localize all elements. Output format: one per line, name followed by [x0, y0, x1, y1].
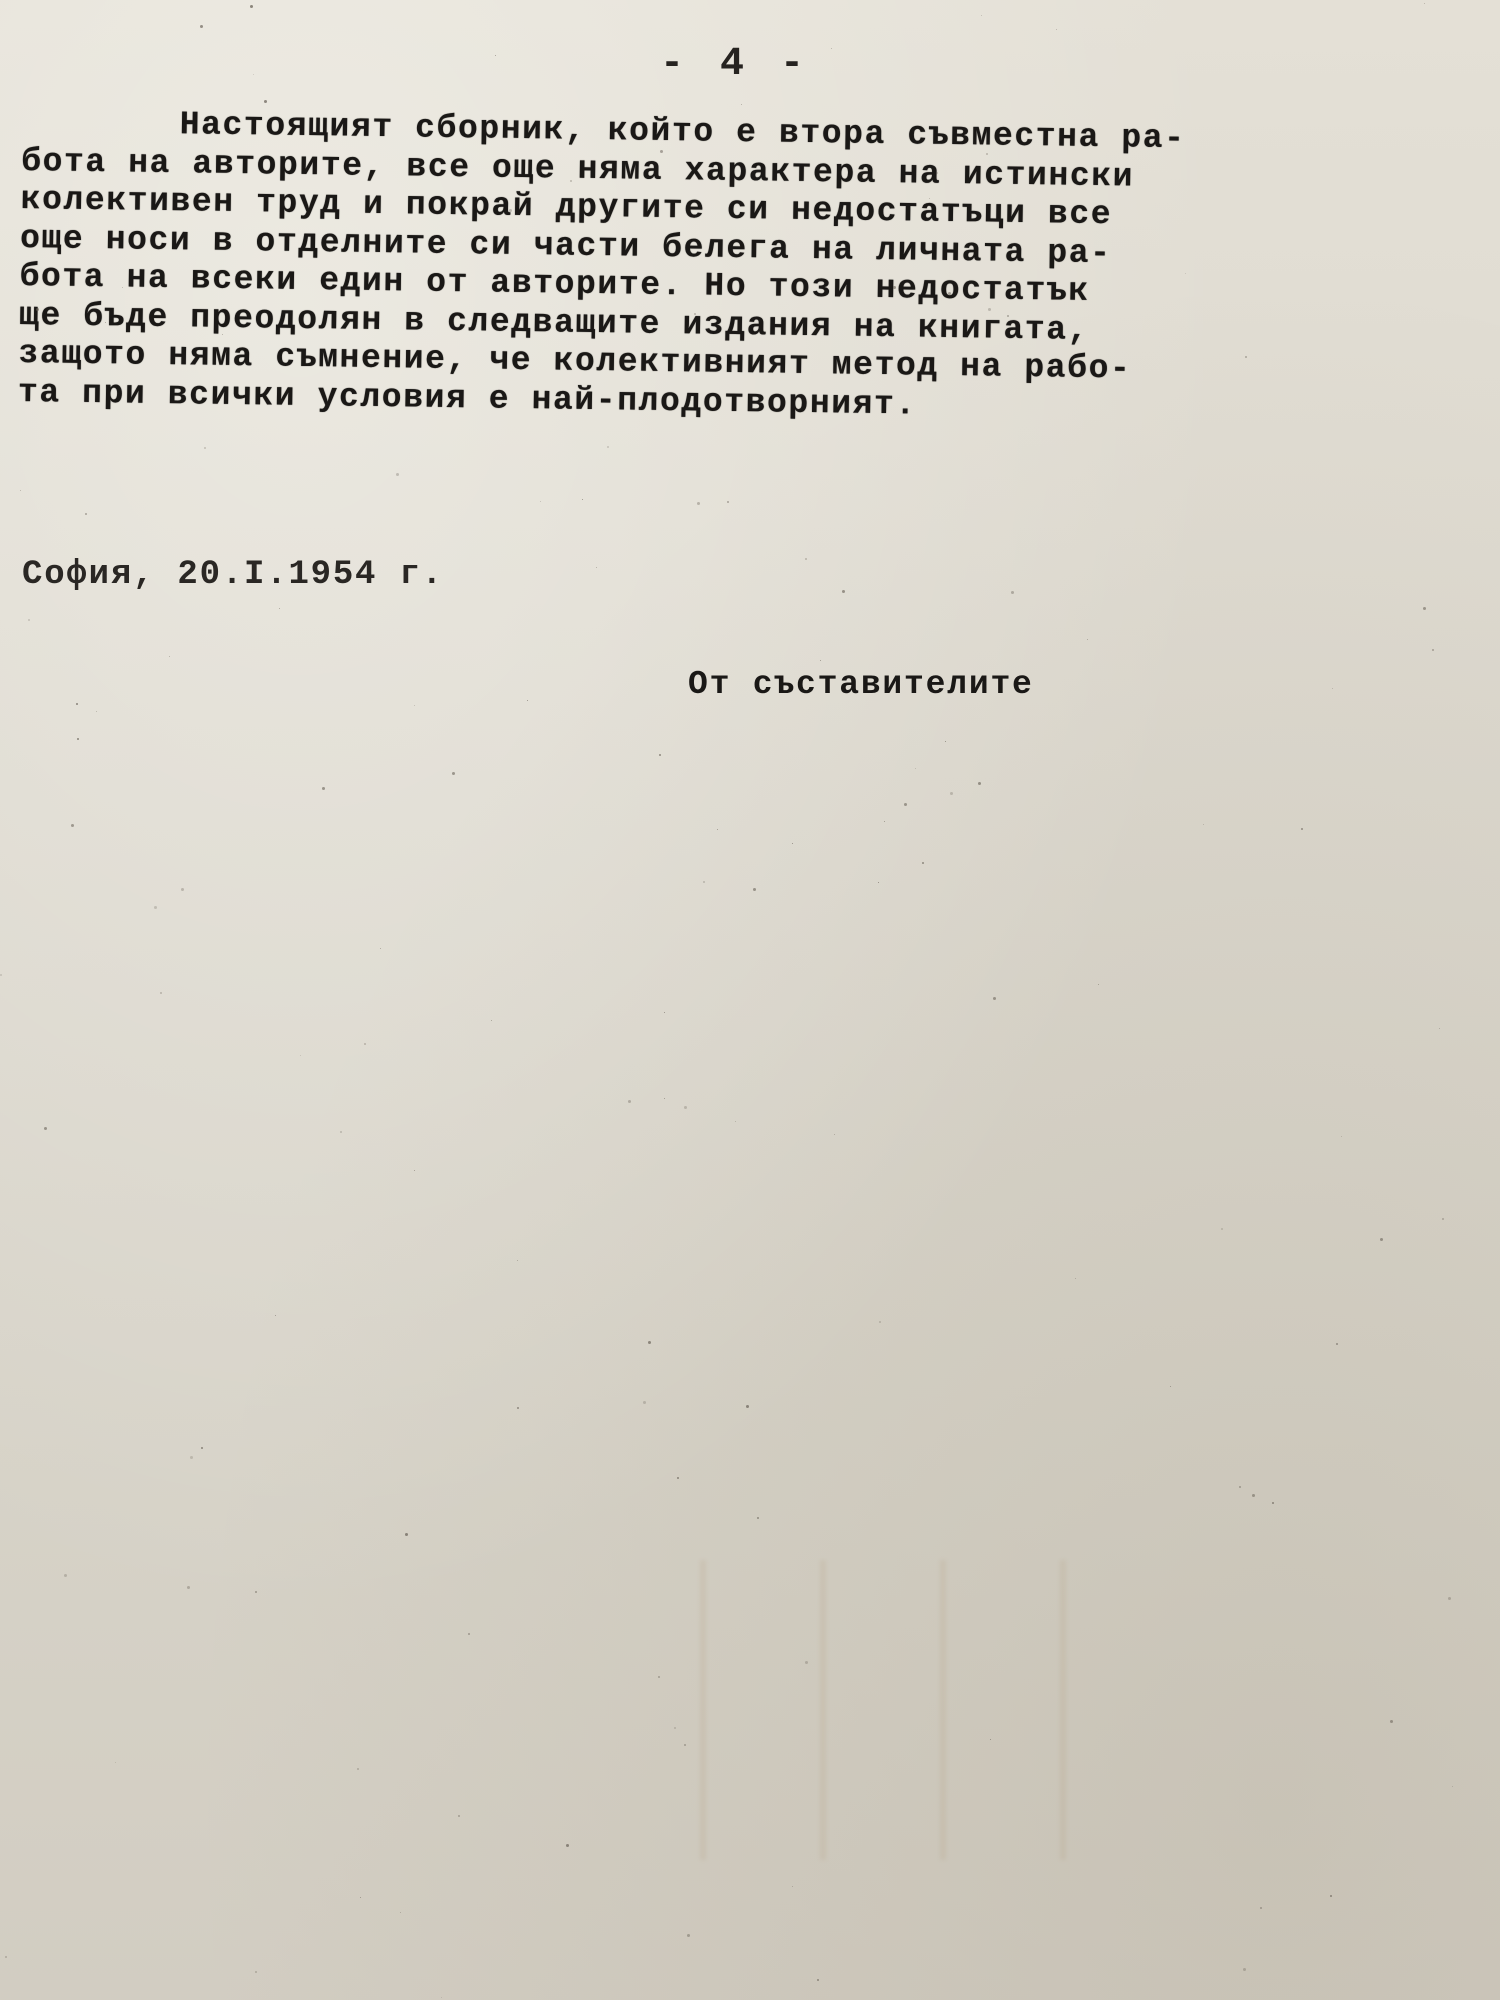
paper-speck: [687, 1934, 690, 1937]
paper-speck: [509, 209, 512, 212]
paper-speck: [1330, 1895, 1332, 1897]
paper-speck: [458, 1815, 460, 1817]
paper-speck: [757, 1517, 759, 1519]
paper-speck: [28, 619, 30, 621]
paper-speck: [396, 473, 399, 476]
paper-speck: [1239, 1486, 1241, 1488]
paper-speck: [1380, 1238, 1383, 1241]
paper-speck: [643, 1401, 646, 1404]
paper-speck: [1452, 1786, 1453, 1787]
paper-speck: [400, 1912, 401, 1913]
paper-speck: [1098, 984, 1099, 985]
paper-speck: [1439, 1028, 1440, 1029]
paper-speck: [357, 1768, 359, 1770]
paper-speck: [527, 700, 528, 701]
paper-speck: [792, 1886, 793, 1887]
paper-speck: [648, 1341, 651, 1344]
paper-speck: [540, 501, 541, 502]
paper-speck: [517, 1407, 519, 1409]
paper-speck: [1390, 1720, 1393, 1723]
paper-speck: [1341, 1136, 1342, 1137]
paper-speck: [1336, 1343, 1338, 1345]
paper-speck: [340, 1131, 342, 1133]
paper-speck: [677, 1477, 679, 1479]
paper-speck: [659, 754, 661, 756]
paper-speck: [993, 997, 996, 1000]
paper-speck: [936, 172, 938, 174]
paper-speck: [727, 501, 729, 503]
paper-speck: [264, 100, 267, 103]
paper-speck: [703, 881, 705, 883]
paper-speck: [71, 824, 74, 827]
paper-speck: [1272, 1502, 1274, 1504]
paper-speck: [364, 1043, 366, 1045]
paper-speck: [660, 150, 663, 153]
paper-speck: [884, 821, 885, 822]
paper-speck: [570, 180, 572, 182]
paper-speck: [893, 286, 896, 289]
paper-speck: [1170, 1386, 1171, 1387]
paper-speck: [878, 882, 879, 883]
paper-speck: [684, 1106, 687, 1109]
paper-speck: [1424, 3, 1425, 4]
paper-speck: [105, 322, 106, 323]
paper-speck: [414, 705, 415, 706]
paper-speck: [201, 1447, 203, 1449]
paper-speck: [1087, 639, 1088, 640]
paper-speck: [1332, 688, 1333, 689]
paper-speck: [1007, 315, 1009, 317]
paper-speck: [628, 1100, 631, 1103]
paper-speck: [817, 1979, 819, 1981]
paper-speck: [115, 1762, 116, 1763]
paper-speck: [582, 499, 583, 500]
paper-speck: [360, 1897, 361, 1898]
paper-speck: [452, 772, 455, 775]
paper-speck: [200, 25, 203, 28]
paper-speck: [76, 703, 78, 705]
paper-speck: [468, 1633, 470, 1635]
paper-speck: [694, 313, 696, 315]
paper-speck: [255, 1591, 257, 1593]
paper-speck: [517, 1260, 518, 1261]
paper-speck: [1442, 1218, 1444, 1220]
paper-speck: [20, 490, 21, 491]
paper-speck: [753, 888, 756, 891]
paper-speck: [169, 656, 170, 657]
paper-speck: [491, 1020, 492, 1021]
paper-speck: [1432, 649, 1434, 651]
paper-speck: [85, 513, 87, 515]
paper-speck: [495, 55, 496, 56]
paper-speck: [250, 5, 253, 8]
paper-speck: [834, 1134, 835, 1135]
paper-speck: [1056, 29, 1057, 30]
paper-speck: [253, 74, 254, 75]
paper-speck: [717, 829, 718, 830]
paper-speck: [77, 738, 79, 740]
paper-speck: [255, 1971, 257, 1973]
paper-speck: [674, 1727, 676, 1729]
paper-speck: [945, 741, 946, 742]
paper-speck: [64, 1574, 67, 1577]
paper-speck: [820, 660, 821, 661]
paper-speck: [122, 287, 123, 288]
paper-speck: [1221, 1228, 1223, 1230]
paper-speck: [922, 862, 924, 864]
paper-speck: [792, 843, 793, 844]
paper-speck: [842, 590, 845, 593]
paper-speck: [1301, 828, 1303, 830]
paper-speck: [322, 787, 325, 790]
preface-paragraph: Настоящият сборник, който е втора съвмес…: [18, 104, 1492, 432]
paper-speck: [805, 558, 807, 560]
paper-speck: [275, 1315, 276, 1316]
paper-speck: [664, 1098, 665, 1099]
paper-speck: [746, 1405, 749, 1408]
paper-speck: [154, 906, 157, 909]
paper-speck: [204, 447, 206, 449]
paper-speck: [1245, 356, 1247, 358]
paper-speck: [441, 1997, 442, 1998]
paper-speck: [36, 308, 39, 311]
paper-speck: [187, 1586, 190, 1589]
paper-speck: [986, 153, 988, 155]
paper-speck: [1243, 1968, 1246, 1971]
paper-speck: [1185, 273, 1186, 274]
paper-speck: [1423, 607, 1426, 610]
paper-speck: [181, 888, 184, 891]
paper-speck: [405, 1533, 408, 1536]
paper-speck: [1075, 1278, 1076, 1279]
paper-speck: [1252, 1494, 1255, 1497]
paper-speck: [831, 48, 832, 49]
paper-speck: [96, 711, 97, 712]
paper-speck: [981, 15, 982, 16]
place-and-date: София, 20.I.1954 г.: [22, 556, 444, 594]
paper-speck: [978, 782, 981, 785]
paper-speck: [805, 1661, 808, 1664]
paper-speck: [279, 608, 280, 609]
paper-speck: [664, 1012, 665, 1013]
paper-speck: [990, 1739, 991, 1740]
paper-speck: [988, 308, 991, 311]
paper-speck: [1011, 591, 1014, 594]
paper-speck: [1260, 1907, 1262, 1909]
paper-speck: [5, 1956, 7, 1958]
paper-speck: [948, 292, 951, 295]
paper-speck: [658, 1676, 660, 1678]
paper-speck: [950, 792, 953, 795]
paper-speck: [1448, 1597, 1451, 1600]
paper-speck: [929, 198, 930, 199]
paper-speck: [414, 1170, 415, 1171]
page-number: - 4 -: [660, 42, 810, 87]
paper-speck: [915, 768, 916, 769]
paper-speck: [0, 974, 2, 976]
paper-speck: [596, 567, 597, 568]
signature: От съставителите: [688, 666, 1034, 703]
paper-speck: [904, 803, 907, 806]
paper-speck: [300, 1055, 301, 1056]
paper-speck: [684, 1744, 686, 1746]
paper-speck: [566, 1844, 569, 1847]
paper-speck: [607, 446, 609, 448]
paper-speck: [1203, 824, 1204, 825]
paper-speck: [160, 992, 162, 994]
typewritten-page: - 4 - Настоящият сборник, който е втора …: [0, 0, 1500, 2000]
paper-speck: [44, 1127, 47, 1130]
paper-speck: [190, 1456, 193, 1459]
paper-speck: [697, 502, 700, 505]
paper-speck: [735, 1121, 736, 1122]
paper-speck: [380, 948, 381, 949]
paper-speck: [879, 1321, 881, 1323]
paper-speck: [222, 334, 223, 335]
paper-speck: [741, 104, 742, 105]
